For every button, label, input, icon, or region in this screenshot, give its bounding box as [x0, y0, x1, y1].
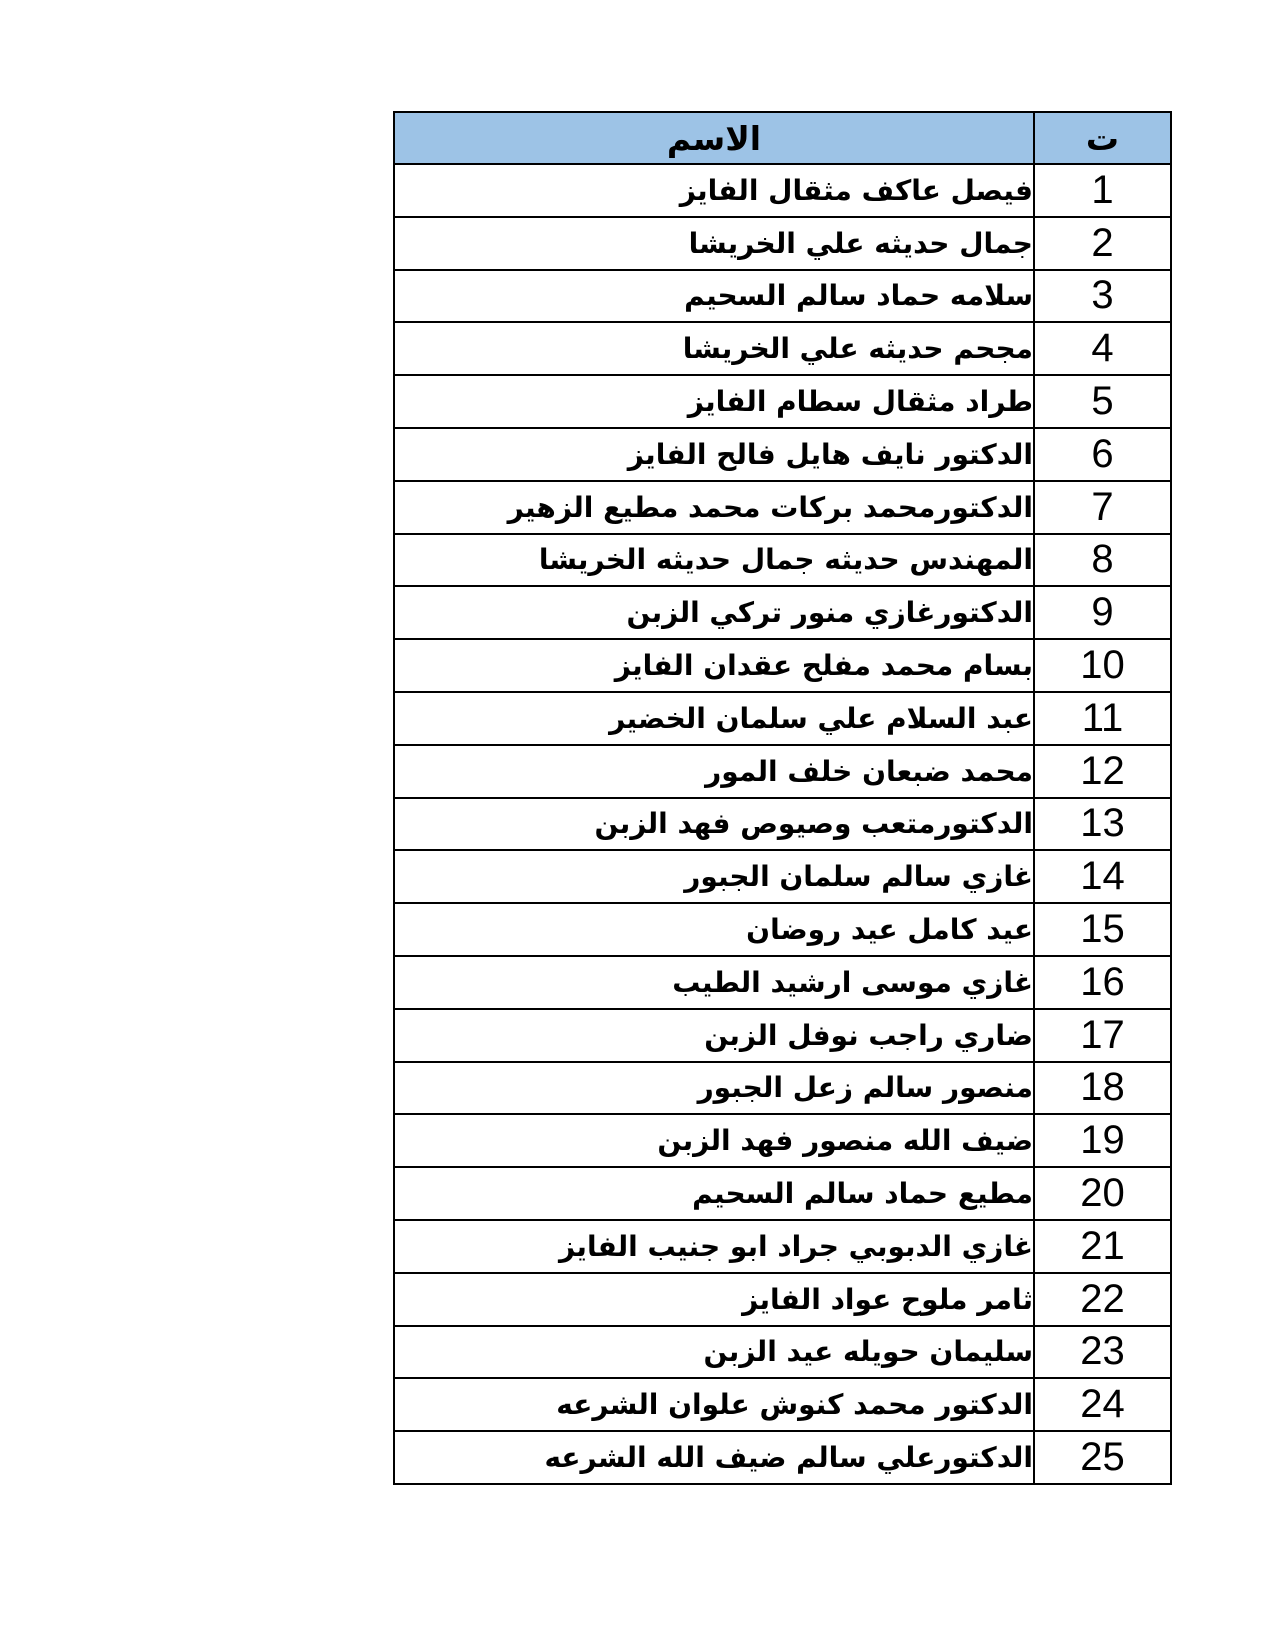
row-index-cell: 9 — [1034, 586, 1171, 639]
table-row: 22ثامر ملوح عواد الفايز — [394, 1273, 1171, 1326]
row-index-cell: 12 — [1034, 745, 1171, 798]
row-name-cell: الدكتور محمد كنوش علوان الشرعه — [394, 1378, 1034, 1431]
row-index-cell: 2 — [1034, 217, 1171, 270]
table-row: 6الدكتور نايف هايل فالح الفايز — [394, 428, 1171, 481]
row-index-cell: 24 — [1034, 1378, 1171, 1431]
row-name-cell: غازي الدبوبي جراد ابو جنيب الفايز — [394, 1220, 1034, 1273]
table-header: ت الاسم — [394, 112, 1171, 164]
row-name-cell: جمال حديثه علي الخريشا — [394, 217, 1034, 270]
table-row: 17ضاري راجب نوفل الزبن — [394, 1009, 1171, 1062]
row-index-cell: 22 — [1034, 1273, 1171, 1326]
row-name-cell: المهندس حديثه جمال حديثه الخريشا — [394, 534, 1034, 587]
table-row: 25الدكتورعلي سالم ضيف الله الشرعه — [394, 1431, 1171, 1484]
row-name-cell: فيصل عاكف مثقال الفايز — [394, 164, 1034, 217]
table-row: 2جمال حديثه علي الخريشا — [394, 217, 1171, 270]
table-row: 9الدكتورغازي منور تركي الزبن — [394, 586, 1171, 639]
row-index-cell: 19 — [1034, 1114, 1171, 1167]
row-index-cell: 16 — [1034, 956, 1171, 1009]
row-index-cell: 14 — [1034, 850, 1171, 903]
table-row: 4مجحم حديثه علي الخريشا — [394, 322, 1171, 375]
row-name-cell: غازي سالم سلمان الجبور — [394, 850, 1034, 903]
row-index-cell: 21 — [1034, 1220, 1171, 1273]
row-index-cell: 25 — [1034, 1431, 1171, 1484]
table-row: 16غازي موسى ارشيد الطيب — [394, 956, 1171, 1009]
table-body: 1فيصل عاكف مثقال الفايز2جمال حديثه علي ا… — [394, 164, 1171, 1484]
row-name-cell: غازي موسى ارشيد الطيب — [394, 956, 1034, 1009]
table-row: 21غازي الدبوبي جراد ابو جنيب الفايز — [394, 1220, 1171, 1273]
row-index-cell: 8 — [1034, 534, 1171, 587]
row-index-cell: 13 — [1034, 798, 1171, 851]
names-table: ت الاسم 1فيصل عاكف مثقال الفايز2جمال حدي… — [393, 111, 1172, 1485]
table-row: 11عبد السلام علي سلمان الخضير — [394, 692, 1171, 745]
row-name-cell: عبد السلام علي سلمان الخضير — [394, 692, 1034, 745]
row-name-cell: عيد كامل عيد روضان — [394, 903, 1034, 956]
row-name-cell: منصور سالم زعل الجبور — [394, 1062, 1034, 1115]
row-name-cell: ضاري راجب نوفل الزبن — [394, 1009, 1034, 1062]
row-name-cell: سلامه حماد سالم السحيم — [394, 270, 1034, 323]
document-page: ت الاسم 1فيصل عاكف مثقال الفايز2جمال حدي… — [0, 0, 1275, 1650]
row-name-cell: الدكتورعلي سالم ضيف الله الشرعه — [394, 1431, 1034, 1484]
row-index-cell: 6 — [1034, 428, 1171, 481]
row-index-cell: 10 — [1034, 639, 1171, 692]
row-name-cell: ضيف الله منصور فهد الزبن — [394, 1114, 1034, 1167]
table-row: 12محمد ضبعان خلف المور — [394, 745, 1171, 798]
table-row: 24الدكتور محمد كنوش علوان الشرعه — [394, 1378, 1171, 1431]
row-index-cell: 18 — [1034, 1062, 1171, 1115]
row-name-cell: الدكتورمتعب وصيوص فهد الزبن — [394, 798, 1034, 851]
table-row: 1فيصل عاكف مثقال الفايز — [394, 164, 1171, 217]
row-name-cell: محمد ضبعان خلف المور — [394, 745, 1034, 798]
row-name-cell: سليمان حويله عيد الزبن — [394, 1326, 1034, 1379]
table-row: 13الدكتورمتعب وصيوص فهد الزبن — [394, 798, 1171, 851]
column-header-name: الاسم — [394, 112, 1034, 164]
row-name-cell: الدكتورغازي منور تركي الزبن — [394, 586, 1034, 639]
column-header-index: ت — [1034, 112, 1171, 164]
row-index-cell: 20 — [1034, 1167, 1171, 1220]
row-index-cell: 1 — [1034, 164, 1171, 217]
row-index-cell: 23 — [1034, 1326, 1171, 1379]
row-index-cell: 17 — [1034, 1009, 1171, 1062]
row-name-cell: الدكتورمحمد بركات محمد مطيع الزهير — [394, 481, 1034, 534]
table-row: 19ضيف الله منصور فهد الزبن — [394, 1114, 1171, 1167]
row-index-cell: 7 — [1034, 481, 1171, 534]
row-name-cell: ثامر ملوح عواد الفايز — [394, 1273, 1034, 1326]
table-row: 23سليمان حويله عيد الزبن — [394, 1326, 1171, 1379]
table-row: 15عيد كامل عيد روضان — [394, 903, 1171, 956]
row-index-cell: 15 — [1034, 903, 1171, 956]
row-index-cell: 11 — [1034, 692, 1171, 745]
row-name-cell: بسام محمد مفلح عقدان الفايز — [394, 639, 1034, 692]
row-name-cell: الدكتور نايف هايل فالح الفايز — [394, 428, 1034, 481]
row-name-cell: طراد مثقال سطام الفايز — [394, 375, 1034, 428]
table-row: 3سلامه حماد سالم السحيم — [394, 270, 1171, 323]
row-index-cell: 4 — [1034, 322, 1171, 375]
table-row: 10بسام محمد مفلح عقدان الفايز — [394, 639, 1171, 692]
table-row: 18منصور سالم زعل الجبور — [394, 1062, 1171, 1115]
table-row: 8المهندس حديثه جمال حديثه الخريشا — [394, 534, 1171, 587]
header-row: ت الاسم — [394, 112, 1171, 164]
table-row: 7الدكتورمحمد بركات محمد مطيع الزهير — [394, 481, 1171, 534]
row-name-cell: مطيع حماد سالم السحيم — [394, 1167, 1034, 1220]
table-row: 20مطيع حماد سالم السحيم — [394, 1167, 1171, 1220]
table-row: 5طراد مثقال سطام الفايز — [394, 375, 1171, 428]
table-row: 14غازي سالم سلمان الجبور — [394, 850, 1171, 903]
row-index-cell: 5 — [1034, 375, 1171, 428]
row-index-cell: 3 — [1034, 270, 1171, 323]
row-name-cell: مجحم حديثه علي الخريشا — [394, 322, 1034, 375]
